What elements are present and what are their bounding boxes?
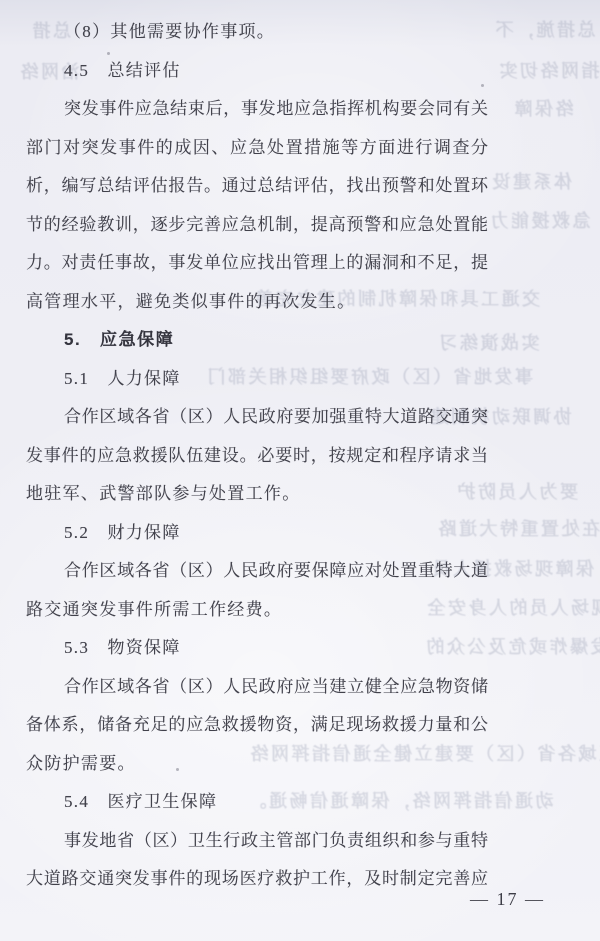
- heading-5-4: 5.4 医疗卫生保障: [26, 783, 488, 822]
- heading-5-3: 5.3 物资保障: [26, 629, 488, 668]
- body-text-line: 事发地省（区）卫生行政主管部门负责组织和参与重特: [26, 822, 488, 861]
- body-text-line: （8）其他需要协作事项。: [26, 13, 488, 52]
- text-column: （8）其他需要协作事项。 4.5 总结评估 突发事件应急结束后，事发地应急指挥机…: [26, 13, 488, 899]
- body-text-line: 发事件的应急救援队伍建设。必要时，按规定和程序请求当: [26, 437, 488, 476]
- body-text-line: 合作区域各省（区）人民政府要加强重特大道路交通突: [26, 398, 488, 437]
- body-text-line: 合作区域各省（区）人民政府要保障应对处置重特大道: [26, 552, 488, 591]
- bleedthrough-text: 总措施，不: [493, 16, 596, 42]
- heading-5-2: 5.2 财力保障: [26, 514, 488, 553]
- body-text-line: 力。对责任事故，事发单位应找出管理上的漏洞和不足，提: [26, 244, 488, 283]
- heading-5-1: 5.1 人力保障: [26, 360, 488, 399]
- body-text-line: 备体系，储备充足的应急救援物资，满足现场救援力量和公: [26, 706, 488, 745]
- body-text-line: 突发事件应急结束后，事发地应急指挥机构要会同有关: [26, 90, 488, 129]
- body-text-line: 高管理水平，避免类似事件的再次发生。: [26, 283, 488, 322]
- bleedthrough-text: 指网络切实: [497, 57, 600, 83]
- body-text-line: 合作区域各省（区）人民政府应当建立健全应急物资储: [26, 668, 488, 707]
- body-text-line: 大道路交通突发事件的现场医疗救护工作，及时制定完善应: [26, 860, 488, 899]
- bleedthrough-text: 急救援能力: [488, 207, 591, 233]
- body-text-line: 众防护需要。: [26, 745, 488, 784]
- bleedthrough-text: 络保障: [512, 95, 574, 121]
- bleedthrough-text: 体系建设: [490, 168, 572, 194]
- scanned-document-page: 总措 总措施，不 治网络 指网络切实 络保障 体系建设 急救援能力 交通工具和保…: [0, 0, 600, 941]
- body-text-line: 路交通突发事件所需工作经费。: [26, 591, 488, 630]
- body-text-line: 析，编写总结评估报告。通过总结评估，找出预警和处置环: [26, 167, 488, 206]
- body-text-line: 节的经验教训，逐步完善应急机制，提高预警和应急处置能: [26, 206, 488, 245]
- body-text-line: 部门对突发事件的成因、应急处置措施等方面进行调查分: [26, 129, 488, 168]
- heading-5: 5. 应急保障: [26, 321, 488, 360]
- page-number: — 17 —: [470, 889, 545, 910]
- heading-4-5: 4.5 总结评估: [26, 52, 488, 91]
- body-text-line: 地驻军、武警部队参与处置工作。: [26, 475, 488, 514]
